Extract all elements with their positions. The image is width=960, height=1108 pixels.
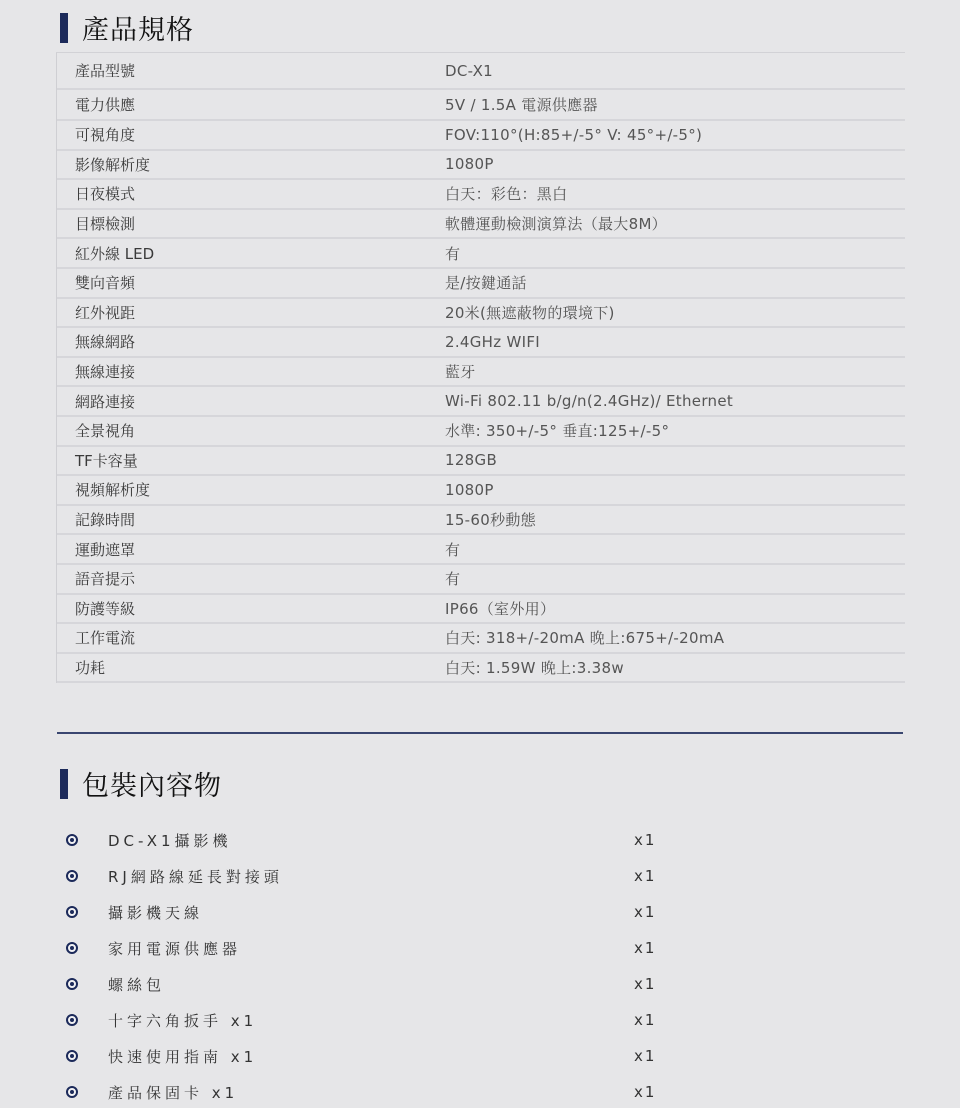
spec-section-title: 產品規格 bbox=[82, 8, 194, 47]
item-name: DC-X1攝影機 bbox=[108, 830, 634, 851]
spec-key: TF卡容量 bbox=[57, 450, 445, 471]
spec-value: IP66（室外用） bbox=[445, 598, 905, 619]
item-name: 攝影機天線 bbox=[108, 902, 634, 923]
list-item: DC-X1攝影機x1 bbox=[66, 822, 766, 858]
list-item: 螺絲包x1 bbox=[66, 966, 766, 1002]
spec-row: 產品型號DC-X1 bbox=[57, 53, 905, 90]
spec-row: 網路連接Wi-Fi 802.11 b/g/n(2.4GHz)/ Ethernet bbox=[57, 387, 905, 417]
list-item: 產品保固卡 x1x1 bbox=[66, 1074, 766, 1108]
spec-row: 全景視角水準: 350+/-5° 垂直:125+/-5° bbox=[57, 417, 905, 447]
spec-key: 功耗 bbox=[57, 657, 445, 678]
spec-key: 無線網路 bbox=[57, 331, 445, 352]
spec-row: 語音提示有 bbox=[57, 565, 905, 595]
spec-key: 運動遮罩 bbox=[57, 539, 445, 560]
spec-row: 工作電流白天: 318+/-20mA 晚上:675+/-20mA bbox=[57, 624, 905, 654]
section-accent-bar bbox=[60, 769, 68, 799]
spec-row: TF卡容量128GB bbox=[57, 447, 905, 477]
spec-row: 日夜模式白天：彩色：黑白 bbox=[57, 180, 905, 210]
spec-row: 記錄時間15-60秒動態 bbox=[57, 506, 905, 536]
package-section-header: 包裝內容物 bbox=[60, 764, 222, 803]
package-section-title: 包裝內容物 bbox=[82, 764, 222, 803]
radio-bullet-icon bbox=[66, 870, 78, 882]
spec-key: 視頻解析度 bbox=[57, 479, 445, 500]
spec-row: 雙向音頻是/按鍵通話 bbox=[57, 269, 905, 299]
list-item: 家用電源供應器x1 bbox=[66, 930, 766, 966]
spec-value: 白天: 318+/-20mA 晚上:675+/-20mA bbox=[445, 627, 905, 648]
item-name: 家用電源供應器 bbox=[108, 938, 634, 959]
spec-row: 可視角度FOV:110°(H:85+/-5° V: 45°+/-5°) bbox=[57, 121, 905, 151]
item-name: 產品保固卡 x1 bbox=[108, 1082, 634, 1103]
spec-key: 電力供應 bbox=[57, 94, 445, 115]
item-name: 快速使用指南 x1 bbox=[108, 1046, 634, 1067]
spec-key: 日夜模式 bbox=[57, 183, 445, 204]
item-quantity: x1 bbox=[634, 939, 656, 957]
spec-key: 網路連接 bbox=[57, 391, 445, 412]
spec-value: 有 bbox=[445, 568, 905, 589]
spec-table: 產品型號DC-X1 電力供應5V / 1.5A 電源供應器 可視角度FOV:11… bbox=[56, 52, 905, 683]
spec-key: 防護等級 bbox=[57, 598, 445, 619]
list-item: 十字六角扳手 x1x1 bbox=[66, 1002, 766, 1038]
item-quantity: x1 bbox=[634, 1011, 656, 1029]
item-quantity: x1 bbox=[634, 867, 656, 885]
spec-key: 红外视距 bbox=[57, 302, 445, 323]
spec-key: 全景視角 bbox=[57, 420, 445, 441]
item-quantity: x1 bbox=[634, 1083, 656, 1101]
spec-key: 記錄時間 bbox=[57, 509, 445, 530]
section-divider bbox=[57, 732, 903, 734]
spec-key: 可視角度 bbox=[57, 124, 445, 145]
item-quantity: x1 bbox=[634, 831, 656, 849]
spec-key: 目標檢測 bbox=[57, 213, 445, 234]
spec-value: 白天: 1.59W 晚上:3.38w bbox=[445, 657, 905, 678]
radio-bullet-icon bbox=[66, 942, 78, 954]
spec-key: 產品型號 bbox=[57, 60, 445, 81]
spec-row: 無線網路2.4GHz WIFI bbox=[57, 328, 905, 358]
spec-value: 5V / 1.5A 電源供應器 bbox=[445, 94, 905, 115]
radio-bullet-icon bbox=[66, 834, 78, 846]
spec-row: 運動遮罩有 bbox=[57, 535, 905, 565]
item-name: RJ網路線延長對接頭 bbox=[108, 866, 634, 887]
radio-bullet-icon bbox=[66, 978, 78, 990]
spec-value: 有 bbox=[445, 243, 905, 264]
spec-row: 紅外線 LED有 bbox=[57, 239, 905, 269]
spec-value: 2.4GHz WIFI bbox=[445, 333, 905, 351]
item-quantity: x1 bbox=[634, 975, 656, 993]
spec-value: Wi-Fi 802.11 b/g/n(2.4GHz)/ Ethernet bbox=[445, 392, 905, 410]
spec-value: 有 bbox=[445, 539, 905, 560]
radio-bullet-icon bbox=[66, 1050, 78, 1062]
item-name: 螺絲包 bbox=[108, 974, 634, 995]
spec-value: 15-60秒動態 bbox=[445, 509, 905, 530]
spec-key: 雙向音頻 bbox=[57, 272, 445, 293]
spec-value: 藍牙 bbox=[445, 361, 905, 382]
spec-key: 語音提示 bbox=[57, 568, 445, 589]
spec-value: FOV:110°(H:85+/-5° V: 45°+/-5°) bbox=[445, 126, 905, 144]
section-accent-bar bbox=[60, 13, 68, 43]
list-item: RJ網路線延長對接頭x1 bbox=[66, 858, 766, 894]
spec-row: 電力供應5V / 1.5A 電源供應器 bbox=[57, 90, 905, 121]
spec-key: 影像解析度 bbox=[57, 154, 445, 175]
spec-value: 128GB bbox=[445, 451, 905, 469]
spec-value: 水準: 350+/-5° 垂直:125+/-5° bbox=[445, 420, 905, 441]
radio-bullet-icon bbox=[66, 1086, 78, 1098]
radio-bullet-icon bbox=[66, 1014, 78, 1026]
spec-value: 白天：彩色：黑白 bbox=[445, 183, 905, 204]
package-contents-list: DC-X1攝影機x1 RJ網路線延長對接頭x1 攝影機天線x1 家用電源供應器x… bbox=[66, 822, 766, 1108]
spec-row: 红外视距20米(無遮蔽物的環境下) bbox=[57, 299, 905, 329]
spec-row: 目標檢測軟體運動檢測演算法（最大8M） bbox=[57, 210, 905, 240]
list-item: 攝影機天線x1 bbox=[66, 894, 766, 930]
spec-value: DC-X1 bbox=[445, 62, 905, 80]
item-quantity: x1 bbox=[634, 903, 656, 921]
spec-value: 1080P bbox=[445, 155, 905, 173]
spec-row: 功耗白天: 1.59W 晚上:3.38w bbox=[57, 654, 905, 684]
spec-value: 1080P bbox=[445, 481, 905, 499]
spec-value: 20米(無遮蔽物的環境下) bbox=[445, 302, 905, 323]
spec-value: 是/按鍵通話 bbox=[445, 272, 905, 293]
spec-row: 防護等級IP66（室外用） bbox=[57, 595, 905, 625]
radio-bullet-icon bbox=[66, 906, 78, 918]
spec-key: 無線連接 bbox=[57, 361, 445, 382]
spec-key: 紅外線 LED bbox=[57, 243, 445, 264]
spec-row: 視頻解析度1080P bbox=[57, 476, 905, 506]
spec-value: 軟體運動檢測演算法（最大8M） bbox=[445, 213, 905, 234]
list-item: 快速使用指南 x1x1 bbox=[66, 1038, 766, 1074]
spec-row: 無線連接藍牙 bbox=[57, 358, 905, 388]
spec-row: 影像解析度1080P bbox=[57, 151, 905, 181]
item-name: 十字六角扳手 x1 bbox=[108, 1010, 634, 1031]
spec-key: 工作電流 bbox=[57, 627, 445, 648]
spec-section-header: 產品規格 bbox=[60, 8, 194, 47]
item-quantity: x1 bbox=[634, 1047, 656, 1065]
